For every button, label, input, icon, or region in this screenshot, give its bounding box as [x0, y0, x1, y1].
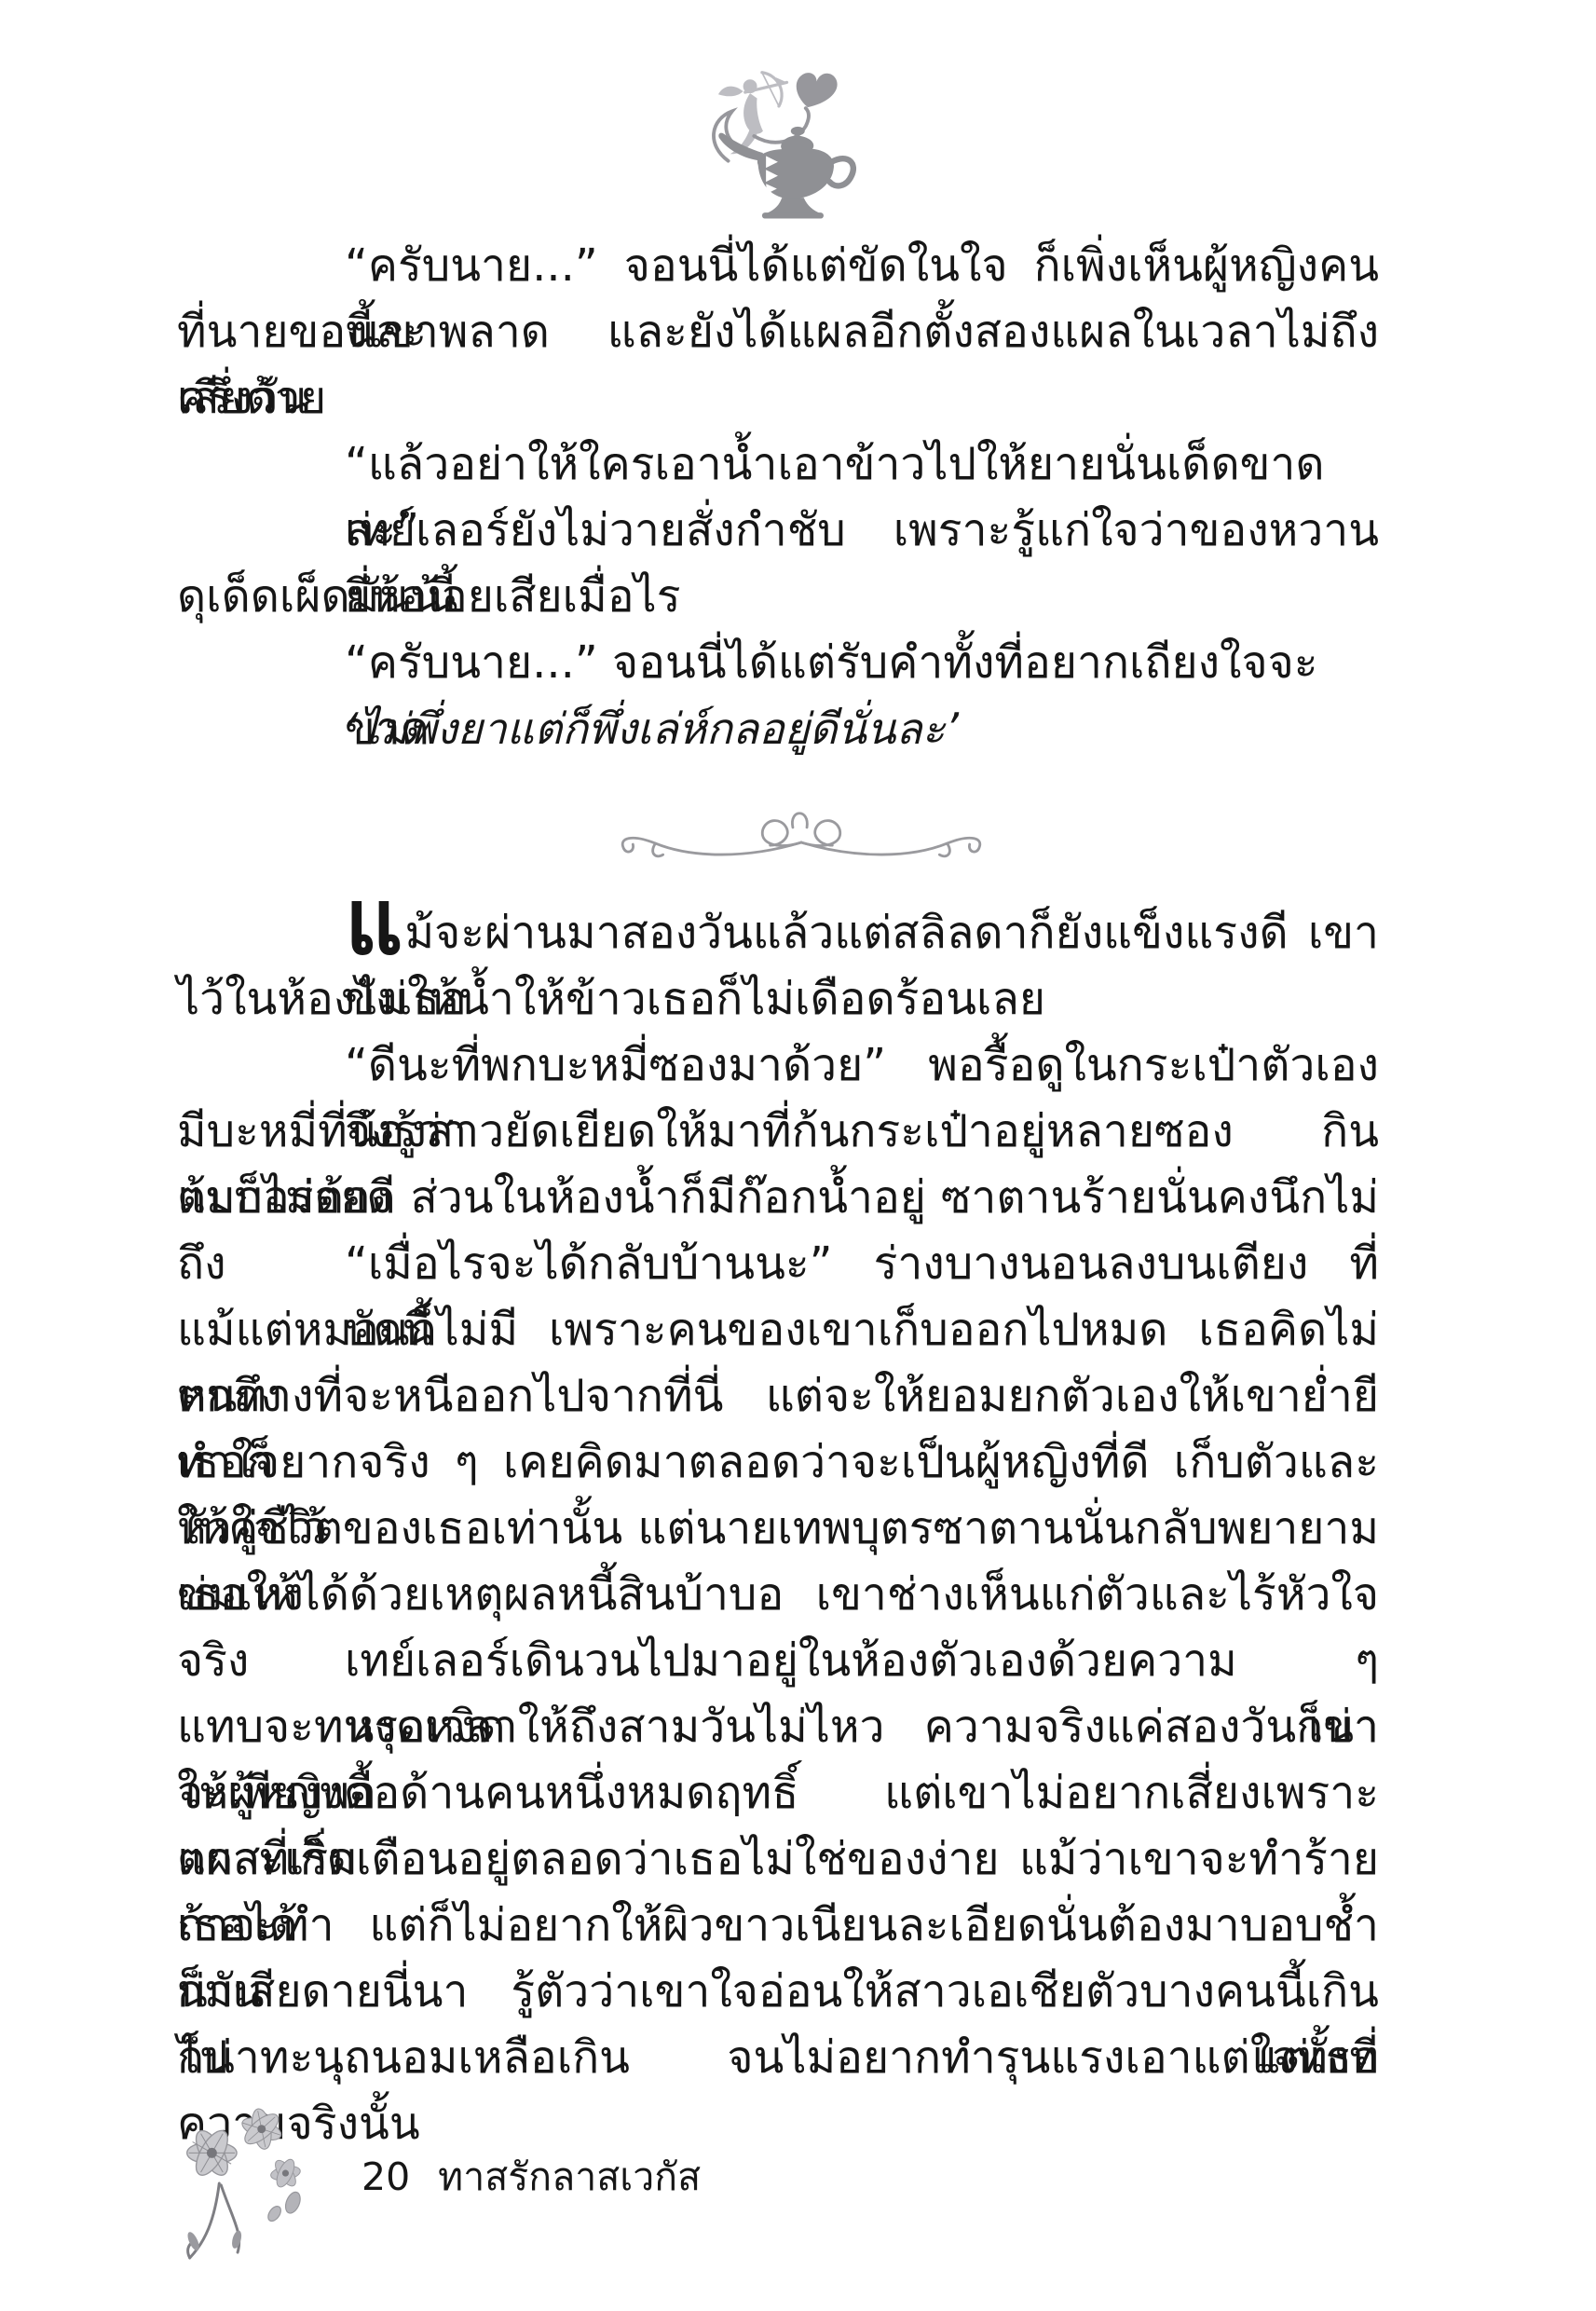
text-line: เสียด้วย	[177, 365, 1379, 431]
paragraph-block-main: แม้จะผ่านมาสองวันแล้วแต่สลิลดาก็ยังแข็งแ…	[177, 900, 1379, 2091]
book-page: “ครับนาย...” จอนนี่ได้แต่ขัดในใจ ก็เพิ่ง…	[0, 0, 1596, 2311]
orchid-flower-ornament	[164, 2095, 321, 2267]
text-line: มีบะหมี่ที่น้องสาวยัดเยียดให้มาที่ก้นกระ…	[177, 1099, 1379, 1165]
genie-lamp-icon	[701, 62, 857, 226]
paragraph-block-top: “ครับนาย...” จอนนี่ได้แต่ขัดในใจ ก็เพิ่ง…	[177, 233, 1379, 762]
book-title: ทาสรักลาสเวกัส	[438, 2149, 701, 2205]
page-footer: 20 ทาสรักลาสเวกัส	[361, 2149, 701, 2205]
text-line: “ครับนาย...” จอนนี่ได้แต่ขัดในใจ ก็เพิ่ง…	[177, 233, 1379, 299]
text-line: “ครับนาย...” จอนนี่ได้แต่รับคำทั้งที่อยา…	[177, 630, 1379, 696]
orchid-flower-icon	[164, 2095, 321, 2267]
page-number: 20	[361, 2149, 410, 2205]
text-line: ไว้ในห้องไม่ให้น้ำให้ข้าวเธอก็ไม่เดือดร้…	[177, 966, 1379, 1032]
text-line: ‘ไม่พึ่งยาแต่ก็พึ่งเล่ห์กลอยู่ดีนั่นละ’	[177, 696, 1379, 762]
text-line: ต้มก็อร่อยดี ส่วนในห้องน้ำก็มีก๊อกน้ำอยู…	[177, 1165, 1379, 1231]
flourish-divider-icon	[604, 798, 999, 876]
text-line: ให้คู่ชีวิตของเธอเท่านั้น แต่นายเทพบุตรซ…	[177, 1496, 1379, 1562]
text-line: หนทางที่จะหนีออกไปจากที่นี่ แต่จะให้ยอมย…	[177, 1363, 1379, 1429]
text-line: แม้แต่หมอนก็ไม่มี เพราะคนของเขาเก็บออกไป…	[177, 1297, 1379, 1363]
text-line: เธอให้ได้ด้วยเหตุผลหนี้สินบ้าบอ เขาช่างเ…	[177, 1562, 1379, 1628]
text-line: น่าเสียดายนี่นา รู้ตัวว่าเขาใจอ่อนให้สาว…	[177, 1959, 1379, 2025]
orchid-blossom	[187, 2107, 304, 2223]
text-line: ทำใจยากจริง ๆ เคยคิดมาตลอดว่าจะเป็นผู้หญ…	[177, 1429, 1379, 1496]
text-line: ถ้าจะทำ แต่ก็ไม่อยากให้ผิวขาวเนียนละเอีย…	[177, 1893, 1379, 1959]
text-line: ก็น่าทะนุถนอมเหลือเกิน จนไม่อยากทำรุนแรง…	[177, 2025, 1379, 2091]
text-line: แทบจะทนรอเวลาให้ถึงสามวันไม่ไหว ความจริง…	[177, 1694, 1379, 1760]
text-line: ดุเด็ดเผ็ดมันน้อยเสียเมื่อไร	[177, 564, 1379, 630]
calligraphic-flourish-icon	[604, 798, 999, 876]
text-line: ตกสะเก็ดเตือนอยู่ตลอดว่าเธอไม่ใช่ของง่าย…	[177, 1826, 1379, 1893]
text-line: “เมื่อไรจะได้กลับบ้านนะ” ร่างบางนอนลงบนเ…	[177, 1231, 1379, 1297]
text-line: แม้จะผ่านมาสองวันแล้วแต่สลิลดาก็ยังแข็งแ…	[177, 900, 1379, 966]
genie-lamp-cupid-ornament	[701, 62, 857, 226]
text-line: เทย์เลอร์ยังไม่วายสั่งกำชับ เพราะรู้แก่ใ…	[177, 498, 1379, 564]
text-line: เทย์เลอร์เดินวนไปมาอยู่ในห้องตัวเองด้วยค…	[177, 1628, 1379, 1694]
text-line: ให้ผู้หญิงดื้อด้านคนหนึ่งหมดฤทธิ์ แต่เขา…	[177, 1760, 1379, 1826]
text-line: “แล้วอย่าให้ใครเอาน้ำเอาข้าวไปให้ยายนั่น…	[177, 431, 1379, 498]
text-line: “ดีนะที่พกบะหมี่ซองมาด้วย” พอรื้อดูในกระ…	[177, 1032, 1379, 1099]
drop-cap-letter: แ	[345, 869, 402, 975]
text-line: ที่นายของเขาพลาด และยังได้แผลอีกตั้งสองแ…	[177, 299, 1379, 365]
